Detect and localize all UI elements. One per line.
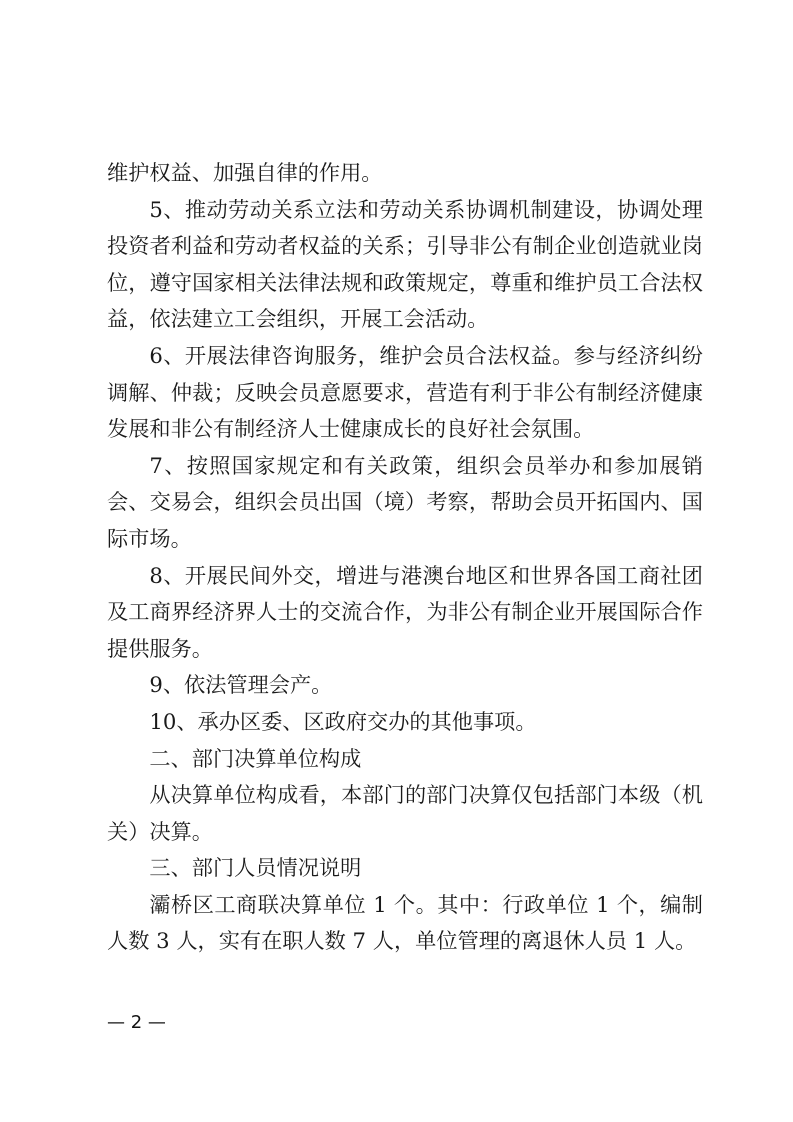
paragraph-item-10: 10、承办区委、区政府交办的其他事项。 — [107, 704, 703, 741]
document-page: 维护权益、加强自律的作用。 5、推动劳动关系立法和劳动关系协调机制建设，协调处理… — [0, 0, 793, 1122]
paragraph-item-6: 6、开展法律咨询服务，维护会员合法权益。参与经济纠纷调解、仲裁；反映会员意愿要求… — [107, 338, 703, 448]
paragraph-item-7: 7、按照国家规定和有关政策，组织会员举办和参加展销会、交易会，组织会员出国（境）… — [107, 448, 703, 558]
paragraph-item-8: 8、开展民间外交，增进与港澳台地区和世界各国工商社团及工商界经济界人士的交流合作… — [107, 558, 703, 668]
document-body: 维护权益、加强自律的作用。 5、推动劳动关系立法和劳动关系协调机制建设，协调处理… — [107, 155, 703, 960]
paragraph-item-9: 9、依法管理会产。 — [107, 667, 703, 704]
page-number: — 2 — — [107, 1012, 166, 1033]
section-heading-unit-composition: 二、部门决算单位构成 — [107, 741, 703, 778]
paragraph-continuation: 维护权益、加强自律的作用。 — [107, 155, 703, 192]
paragraph-unit-composition: 从决算单位构成看，本部门的部门决算仅包括部门本级（机关）决算。 — [107, 777, 703, 850]
paragraph-item-5: 5、推动劳动关系立法和劳动关系协调机制建设，协调处理投资者利益和劳动者权益的关系… — [107, 192, 703, 338]
section-heading-personnel: 三、部门人员情况说明 — [107, 850, 703, 887]
paragraph-personnel: 灞桥区工商联决算单位 1 个。其中：行政单位 1 个，编制人数 3 人，实有在职… — [107, 887, 703, 960]
